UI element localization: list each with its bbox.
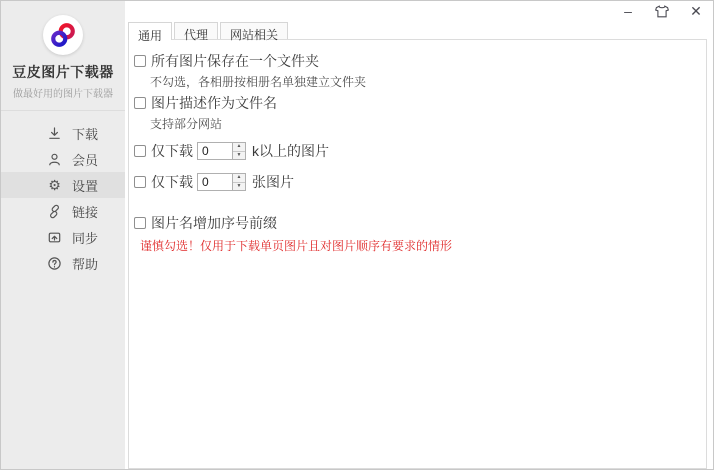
min-size-input[interactable]: 0 — [197, 142, 232, 160]
minimize-button[interactable]: – — [619, 2, 637, 20]
link-icon — [47, 204, 62, 219]
sidebar-item-label: 同步 — [72, 228, 98, 247]
member-icon — [47, 152, 62, 167]
sidebar-menu: 下载 会员 ⚙ 设置 链接 同步 — [1, 120, 125, 276]
max-count-input[interactable]: 0 — [197, 173, 232, 191]
min-size-prefix: 仅下载 — [151, 141, 193, 161]
desc-as-filename-hint: 支持部分网站 — [150, 115, 222, 132]
max-count-suffix: 张图片 — [252, 172, 294, 192]
option-seq-prefix[interactable]: 图片名增加序号前缀 — [134, 213, 277, 233]
sidebar-item-sync[interactable]: 同步 — [1, 224, 125, 250]
min-size-checkbox[interactable] — [134, 145, 146, 157]
min-size-spinner: 0 ▲ ▼ — [197, 142, 246, 160]
sidebar: 豆皮图片下载器 做最好用的图片下载器 下载 会员 ⚙ 设置 — [1, 1, 125, 470]
sidebar-item-label: 下载 — [72, 124, 98, 143]
tab-website[interactable]: 网站相关 — [220, 22, 288, 39]
desc-as-filename-label: 图片描述作为文件名 — [151, 93, 277, 113]
titlebar: – ✕ — [125, 1, 713, 21]
max-count-prefix: 仅下载 — [151, 172, 193, 192]
tab-bar: 通用 代理 网站相关 — [128, 22, 290, 39]
sidebar-item-label: 设置 — [72, 176, 98, 195]
min-size-spin-down-icon[interactable]: ▼ — [233, 152, 245, 160]
sidebar-item-label: 帮助 — [72, 254, 98, 273]
skin-tshirt-button[interactable] — [653, 2, 671, 20]
desc-as-filename-checkbox[interactable] — [134, 97, 146, 109]
tab-general[interactable]: 通用 — [128, 22, 172, 40]
sidebar-item-link[interactable]: 链接 — [1, 198, 125, 224]
option-min-size[interactable]: 仅下载 0 ▲ ▼ k以上的图片 — [134, 141, 329, 161]
sidebar-item-member[interactable]: 会员 — [1, 146, 125, 172]
single-folder-hint: 不勾选，各相册按相册名单独建立文件夹 — [150, 73, 366, 90]
sidebar-item-label: 链接 — [72, 202, 98, 221]
sidebar-divider — [1, 110, 125, 111]
option-max-count[interactable]: 仅下载 0 ▲ ▼ 张图片 — [134, 172, 294, 192]
close-button[interactable]: ✕ — [687, 2, 705, 20]
single-folder-checkbox[interactable] — [134, 55, 146, 67]
max-count-spin-down-icon[interactable]: ▼ — [233, 183, 245, 191]
single-folder-label: 所有图片保存在一个文件夹 — [151, 51, 319, 71]
app-window: { "app": { "title": "豆皮图片下载器", "subtitle… — [0, 0, 714, 470]
option-single-folder[interactable]: 所有图片保存在一个文件夹 — [134, 51, 319, 71]
min-size-spin-up-icon[interactable]: ▲ — [233, 143, 245, 152]
help-icon — [47, 256, 62, 271]
sync-icon — [47, 230, 62, 245]
sidebar-item-settings[interactable]: ⚙ 设置 — [1, 172, 125, 198]
download-icon — [47, 126, 62, 141]
infinity-logo-icon — [48, 20, 78, 50]
sidebar-item-download[interactable]: 下载 — [1, 120, 125, 146]
seq-prefix-checkbox[interactable] — [134, 217, 146, 229]
tab-proxy[interactable]: 代理 — [174, 22, 218, 39]
seq-prefix-warning: 谨慎勾选！仅用于下载单页图片且对图片顺序有要求的情形 — [140, 237, 452, 254]
app-title: 豆皮图片下载器 — [1, 62, 125, 82]
sidebar-item-label: 会员 — [72, 150, 98, 169]
sidebar-item-help[interactable]: 帮助 — [1, 250, 125, 276]
max-count-spinner: 0 ▲ ▼ — [197, 173, 246, 191]
min-size-suffix: k以上的图片 — [252, 141, 329, 161]
max-count-checkbox[interactable] — [134, 176, 146, 188]
max-count-spin-up-icon[interactable]: ▲ — [233, 174, 245, 183]
app-subtitle: 做最好用的图片下载器 — [1, 85, 125, 100]
settings-gear-icon: ⚙ — [47, 178, 62, 193]
tshirt-icon — [655, 5, 669, 18]
option-desc-as-filename[interactable]: 图片描述作为文件名 — [134, 93, 277, 113]
app-logo — [43, 15, 83, 55]
seq-prefix-label: 图片名增加序号前缀 — [151, 213, 277, 233]
